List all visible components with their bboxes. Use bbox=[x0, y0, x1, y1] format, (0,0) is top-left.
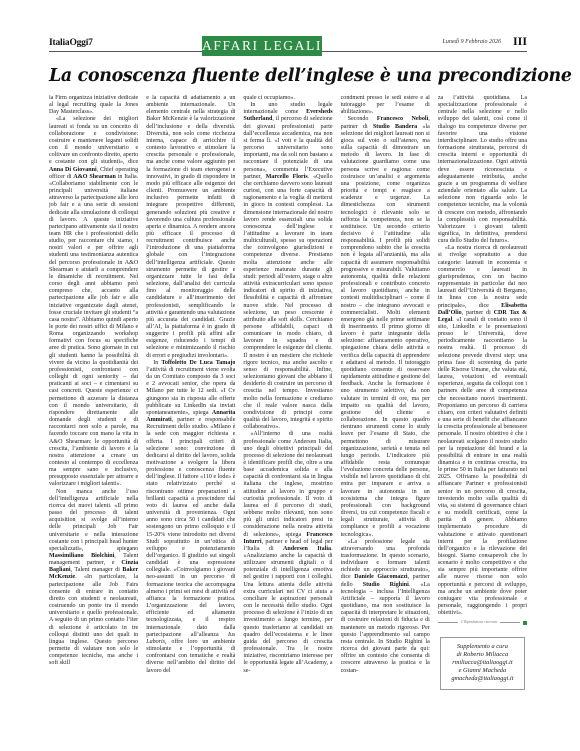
paragraph: Secondo Francesco Nebolì, partner di Stu… bbox=[341, 116, 430, 538]
masthead-logo: ItaliaOggi7 bbox=[49, 38, 93, 48]
email-link[interactable]: gmacheda@italiaoggi.it bbox=[444, 675, 521, 683]
paragraph: Non manca anche l’uso dell’intelligenza … bbox=[49, 489, 138, 668]
paragraph: In uno studio legale internazionale come… bbox=[243, 102, 332, 431]
paragraph: «La nostra ricerca di neolaureati si riv… bbox=[438, 245, 527, 617]
person-name: Marcello Floris bbox=[266, 174, 308, 180]
firm-name: Andersen Italia bbox=[283, 546, 331, 552]
firm-name: A&O Shearman bbox=[73, 174, 116, 180]
paragraph: In Toffoletto De Luca Tamajo l’attività … bbox=[146, 360, 235, 675]
article-column-2: e la capacità di adattamento a un ambien… bbox=[146, 95, 235, 715]
page-header: ItaliaOggi7 AFFARI LEGALI Lunedì 9 Febbr… bbox=[49, 30, 527, 58]
paragraph: e la capacità di adattamento a un ambien… bbox=[146, 95, 235, 360]
paragraph: za l’attività quotidiana. La specializza… bbox=[438, 95, 527, 245]
article-column-1: la Firm organizza iniziative dedicate al… bbox=[49, 95, 138, 715]
supplement-credits-box: Supplemento a cura di Roberto Miliacca r… bbox=[440, 637, 525, 690]
paragraph: quale ci occupiamo». bbox=[243, 95, 332, 102]
dateline: Lunedì 9 Febbraio 2026 bbox=[443, 39, 502, 45]
person-name: Francesco Nebolì bbox=[377, 116, 428, 122]
person-name: Daniele Giacomazzi bbox=[354, 574, 407, 580]
paragraph: «La professione legale sta attraversando… bbox=[341, 539, 430, 675]
article-column-4: condment presso le sedi estere e al tuto… bbox=[341, 95, 430, 715]
article-body: la Firm organizza iniziative dedicate al… bbox=[49, 95, 527, 715]
article-column-5: za l’attività quotidiana. La specializza… bbox=[438, 95, 527, 715]
copyright-rule bbox=[438, 622, 458, 623]
article-headline: La conoscenza fluente dell’inglese è una… bbox=[49, 66, 527, 86]
article-column-3: quale ci occupiamo». In uno studio legal… bbox=[243, 95, 332, 715]
person-name: Anna Di Giovanni bbox=[49, 167, 97, 173]
copyright-rule bbox=[500, 622, 520, 623]
paragraph: «All’interno di una realtà professionale… bbox=[243, 431, 332, 674]
person-name: Massimiliano Biolchini bbox=[49, 553, 114, 559]
end-mark-icon bbox=[523, 621, 527, 625]
paragraph: «La selezione dei migliori laureati si f… bbox=[49, 116, 138, 488]
newspaper-page: ItaliaOggi7 AFFARI LEGALI Lunedì 9 Febbr… bbox=[0, 0, 580, 751]
firm-name: Studio Righini bbox=[363, 582, 409, 588]
page-number: III bbox=[513, 34, 527, 49]
firm-name: Studio Bandera bbox=[373, 124, 417, 130]
firm-name: Toffoletto De Luca Tamajo bbox=[161, 360, 235, 366]
section-label: AFFARI LEGALI bbox=[202, 36, 322, 56]
copyright-notice: © Riproduzione riservata bbox=[438, 619, 527, 626]
paragraph: condment presso le sedi estere e al tuto… bbox=[341, 95, 430, 116]
email-link[interactable]: rmiliacca@italiaoggi.it bbox=[444, 659, 521, 667]
paragraph: la Firm organizza iniziative dedicate al… bbox=[49, 95, 138, 116]
